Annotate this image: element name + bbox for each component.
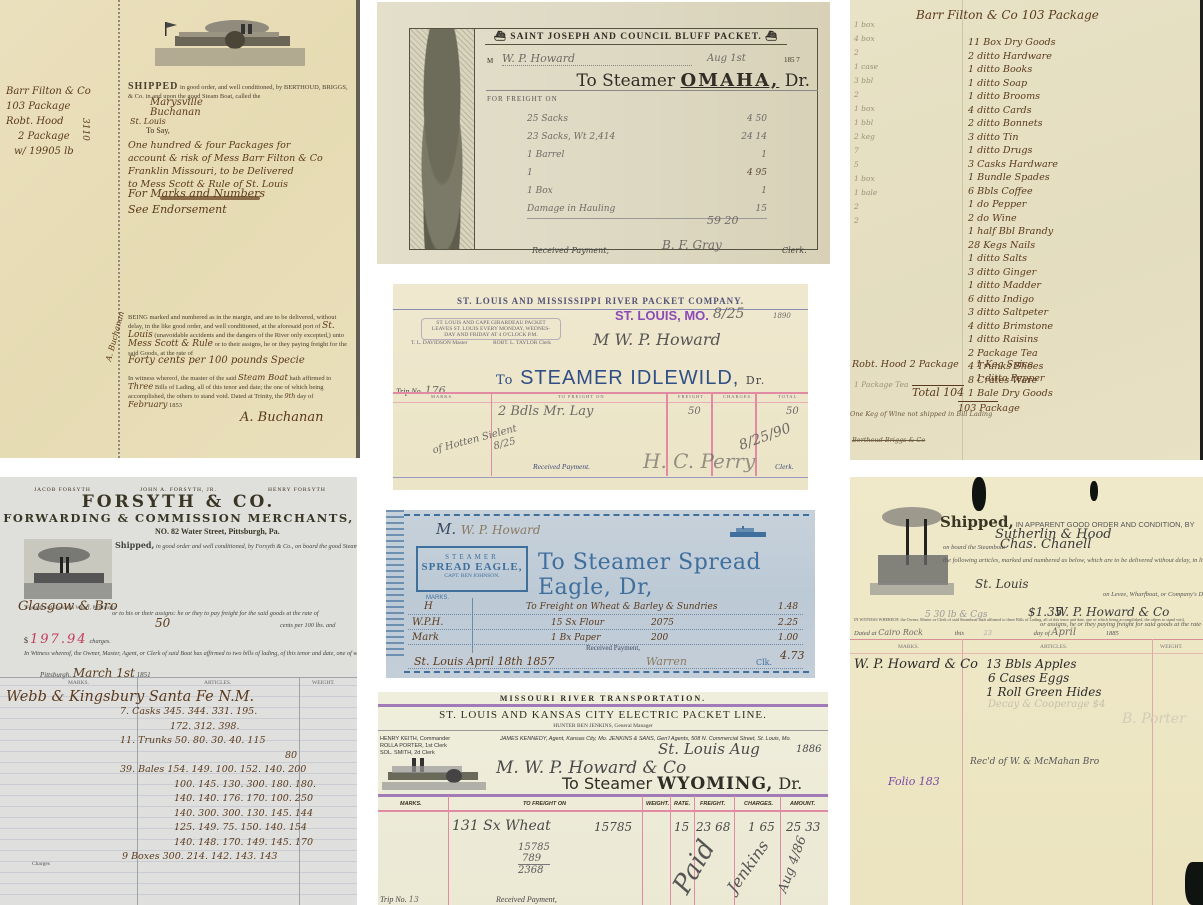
list-item: 3 ditto Ginger [968,266,1058,280]
ledger-entries: 7. Casks 345. 344. 331. 195. 172. 312. 3… [120,705,316,865]
column-rule [670,796,671,905]
freight-rate: 15 [674,820,689,834]
second-consignee: Robt. Hood 2 Package [852,358,959,372]
column-header: FREIGHT. [700,801,725,807]
charges-label: Charges [32,861,50,867]
list-item: 4 ditto Cards [968,104,1058,118]
list-item: 1 ditto Books [968,63,1058,77]
column-header: CHARGES. [723,394,753,399]
rule [378,730,828,731]
port: St. Louis [975,577,1029,591]
freight-line: 25 Sacks4 50 [527,110,767,128]
margin-tally: 1 box4 box21 case 3 bbl21 box1 bbl 2 keg… [854,18,909,392]
column-rule [642,796,643,905]
scan-edge [356,0,360,458]
ledger-line: 172. 312. 398. [120,720,316,735]
freight-rate: 50 [155,616,170,630]
list-item: 6 ditto Indigo [968,293,1058,307]
mark: H [424,601,433,612]
rule [378,704,828,707]
column-header: MARKS. [68,680,89,686]
column-header: AMOUNT. [790,801,815,807]
freight-amount: 2.25 [778,618,798,628]
perforation-divider [118,0,121,458]
officer-master: T. L. DAVIDSON Master [411,340,467,346]
consignee: Glasgow & Bro [18,599,118,614]
freight-rate: Forty cents per 100 pounds Specie [128,355,305,366]
line-name: ST. LOUIS AND KANSAS CITY ELECTRIC PACKE… [378,709,828,721]
steamer-heading: To Steamer WYOMING, Dr. [562,774,802,794]
column-header: WEIGHT. [646,801,669,807]
column-header: FREIGHT. [678,394,706,399]
column-rule [1152,639,1153,905]
packing-list-barr-filton: Barr Filton & Co 103 Package 1 box4 box2… [850,0,1203,460]
charges-amount: 1 65 [748,820,775,834]
list-item: 28 Kegs Nails [968,239,1058,253]
small-steamboat-icon: ⛴ [494,32,507,42]
list-item: 2 ditto Hardware [968,50,1058,64]
list-item: 2 ditto Bonnets [968,117,1058,131]
list-item: 1 ditto Raisins [968,333,1058,347]
ledger-line: 125. 149. 75. 150. 140. 154 [120,821,316,836]
column-header: MARKS. [431,394,454,399]
freight-weight: 200 [651,633,668,643]
ledger-line: 9 Boxes 300. 214. 142. 143. 143 [120,850,316,865]
customer-name: M. W. P. Howard [436,520,541,538]
steamboat-engraving-icon [382,754,486,792]
freight-desc: 15 Sx Flour [551,618,604,628]
column-header: ARTICLES. [204,680,231,686]
small-steamboat-icon [728,525,768,537]
table-rule [850,653,1203,654]
company-name: ST. LOUIS AND MISSISSIPPI RIVER PACKET C… [393,296,808,310]
article-item: 1 Roll Green Hides [986,685,1102,699]
shipped-clause: Shipped, in good order and well conditio… [115,539,353,554]
ledger-line: 39. Bales 154. 149. 100. 152. 140. 200 [120,763,316,778]
place-date: St. Louis Aug [658,740,760,758]
column-header: TOTAL. [778,394,799,399]
boat-name: Chas. Chanell [1000,537,1091,552]
received-payment-label: Received Payment, [496,895,557,904]
total-amount: 25 33 [786,820,820,834]
bill-of-lading-forsyth: JACOB FORSYTH JOHN A. FORSYTH, JR. HENRY… [0,477,357,905]
paid-stamp: Paid [667,835,721,899]
ornamental-border-icon [386,510,404,660]
master-signature: A. Buchanan [240,410,323,425]
clerk-signature: B. F. Gray [662,238,722,252]
following-clause: the following articles, marked and numbe… [943,556,1181,566]
customer-name: M W. P. Howard [593,330,721,349]
assigns-clause: or to his or their assigns: he or they t… [112,610,352,617]
bill-year: 1886 [796,744,821,755]
date-line: Dated at Cairo Rock this 23 day of April… [854,627,1184,638]
ledger-line: 140. 140. 176. 170. 100. 250 [120,792,316,807]
divider [486,90,818,91]
border-line [404,514,809,518]
clerk-label: Clerk. [775,462,794,471]
receipt-note: Rec'd of W. & McMahan Bro [970,757,1099,767]
border-line [404,669,809,673]
column-header: MARKS. [898,644,919,650]
being-clause: BEING marked and numbered as in the marg… [128,313,353,358]
rule [378,794,828,797]
column-header: TO FREIGHT ON [558,394,605,399]
to-say-label: To Say, [146,126,170,135]
grand-total: Total 104 [912,385,964,399]
freight-item: 2 Bdls Mr. Lay [498,404,593,419]
received-payment-label: Received Payment, [586,644,640,652]
total-amount: 4.73 [780,649,805,662]
freight-line: 14 95 [527,164,767,182]
officer-clerk: ROBT. L. TAYLOR Clerk [493,340,551,346]
freight-line: 1 Box1 [527,182,767,200]
bill-year: 185 7 [784,56,800,64]
faded-note: Decay & Cooperage $4 [988,699,1105,710]
freight-amount: 1.48 [778,602,798,612]
column-header: WEIGHT. [312,680,335,686]
list-item: 1 ditto Salts [968,252,1058,266]
ornamental-border-icon [410,29,475,249]
mark: Mark [412,632,439,643]
ledger-line: 140. 300. 300. 130. 145. 144 [120,807,316,822]
business-line: FORWARDING & COMMISSION MERCHANTS, [0,511,357,525]
list-item: 3 ditto Tin [968,131,1058,145]
list-heading: Barr Filton & Co 103 Package [916,8,1099,22]
bill-of-lading-howard: Shipped, IN APPARENT GOOD ORDER AND COND… [850,477,1203,905]
bill-date: Aug 1st [707,53,746,64]
firm-name: FORSYTH & CO. [0,492,357,512]
freight-desc: 1 Bx Paper [551,633,601,643]
list-item: 1 Bale Dry Goods [968,387,1058,401]
on-board-label: on board the Steamboat [943,544,1005,551]
goods-description: One hundred & four Packages for account … [128,139,323,191]
folio-number: Folio 183 [888,775,940,788]
article-item: 13 Bbls Apples [986,657,1102,671]
column-header: TO FREIGHT ON [523,801,566,807]
received-payment-label: Received Payment, [532,246,609,255]
ledger-line: 100. 145. 130. 300. 180. 180. [120,778,316,793]
bill-year: 1890 [773,312,791,320]
margin-number: 3110 [80,118,90,141]
calculation: 15785 789 2368 [518,842,550,876]
destination: St. Louis [130,117,166,126]
freight-label: FOR FREIGHT ON [487,95,558,103]
steamer-heading: To Steamer OMAHA, Dr. [576,70,810,91]
m-prefix: M [487,57,493,65]
row-rule [408,614,803,615]
mark: W.P.H. [412,617,444,628]
freight-line: 23 Sacks, Wt 2,41424 14 [527,128,767,146]
place-date: St. Louis April 18th 1857 [414,655,554,668]
table-rule [393,477,808,479]
bill-date: 8/25 [713,306,744,322]
ink-blot [1185,862,1203,905]
column-rule [448,796,449,905]
charges-line: $ 197.94 charges. [24,632,111,647]
clerk-label: Clerk. [782,246,807,255]
list-item: 1 half Bbl Brandy [968,225,1058,239]
table-rule [0,677,357,678]
ledger-line: 11. Trunks 50. 80. 30. 40. 115 [120,734,316,749]
table-rule [850,639,1203,640]
footer-signature: Berthoud Briggs & Co [852,436,925,444]
freight-bill-spread-eagle: M. W. P. Howard STEAMER SPREAD EAGLE, CA… [386,510,815,678]
list-item: 3 ditto Saltpeter [968,306,1058,320]
freight-item: 131 Sx Wheat [452,818,551,834]
clerk-signature: H. C. Perry [643,449,755,473]
steamboat-engraving-icon [155,18,305,66]
freight-lines: 25 Sacks4 50 23 Sacks, Wt 2,41424 14 1 B… [527,110,767,219]
article-item: 6 Cases Eggs [986,671,1102,685]
shipping-mark: W. P. Howard & Co [854,657,978,672]
list-item: 1 ditto Madder [968,279,1058,293]
second-items: 1 Keg Spice 1 ditto Pepper [968,358,1044,385]
article-list: 13 Bbls Apples 6 Cases Eggs 1 Roll Green… [986,657,1102,699]
freight-weight: 2075 [651,618,674,628]
steamer-heading: To Steamer Spread Eagle, Dr, [538,550,815,600]
witness-clause: In Witness whereof, the Owner, Master, A… [24,649,344,658]
freight-amount: 50 [688,406,701,417]
rate-unit: cents per 100 lbs. and [280,622,335,629]
witness-clause: In witness whereof, the master of the sa… [128,374,353,410]
steamboat-engraving-icon [24,539,112,607]
list-item: 4 ditto Brimstone [968,320,1058,334]
ink-blot [1090,481,1098,501]
city-stamp: ST. LOUIS, MO. [615,308,709,323]
freight-bill-idlewild: ST. LOUIS AND MISSISSIPPI RIVER PACKET C… [393,284,808,490]
small-steamboat-icon: ⛴ [765,32,778,42]
packet-title: ⛴ SAINT JOSEPH AND COUNCIL BLUFF PACKET.… [485,31,787,45]
received-payment-label: Received Payment. [533,462,590,471]
rule [378,810,828,812]
ledger-line: 7. Casks 345. 344. 331. 195. [120,705,316,720]
freight-bill-omaha: ⛴ SAINT JOSEPH AND COUNCIL BLUFF PACKET.… [377,2,830,264]
column-header: ARTICLES. [1040,644,1067,650]
column-header: RATE. [674,801,690,807]
ledger-line: 140. 148. 170. 149. 145. 170 [120,836,316,851]
ink-blot [972,477,986,511]
list-item: 1 ditto Drugs [968,144,1058,158]
freight-total: 59 20 [707,214,739,227]
table-rule [393,402,808,403]
manager: HUNTER BEN JENKINS, General Manager [378,723,828,729]
freight-desc: To Freight on Wheat & Barley & Sundries [526,602,717,612]
clerk-signature: Warren [646,655,687,668]
ledger-line: 80 [120,749,316,764]
witness-clause: IN WITNESS WHEREOF, the Owner, Master or… [854,617,1184,622]
freight-amount: 23 68 [696,820,730,834]
levee-clause: on Levee, Wharfboat, or Company's Depot,… [943,590,1183,600]
annotation: of Hotten Sielent 8/25 [431,423,521,469]
address: NO. 82 Water Street, Pittsburgh, Pa. [155,527,280,536]
route-notice: ST. LOUIS AND CAPE GIRARDEAU PACKET LEAV… [421,318,561,340]
clerk-label: Clk. [756,658,772,667]
trip-number: Trip No. 13 [380,895,419,904]
row-rule [408,629,803,630]
list-item: 1 Bundle Spades [968,171,1058,185]
list-item: 6 Bbls Coffee [968,185,1058,199]
freight-line: 1 Barrel1 [527,146,767,164]
customer-name: W. P. Howard [502,52,692,66]
paid-signature: Jenkins [723,837,773,897]
list-item: 2 do Wine [968,212,1058,226]
faded-signature: B. Porter [1122,711,1186,727]
total-amount: 50 [786,406,799,417]
column-header: MARKS. [400,801,422,807]
column-header: WEIGHT. [1160,644,1183,650]
steamer-heading: To STEAMER IDLEWILD, Dr. [496,367,765,390]
list-item: 3 Casks Hardware [968,158,1058,172]
row-rule [408,668,803,669]
list-item: 11 Box Dry Goods [968,36,1058,50]
footer-note: One Keg of Wine not shipped in Bill Ladi… [850,410,992,418]
freight-weight: 15785 [594,820,632,834]
steamer-nameplate: STEAMER SPREAD EAGLE, CAPT. BEN JOHNSON. [416,546,528,592]
endorsement: A. Buchanan [104,310,126,362]
bill-of-lading-berthoud-briggs: Barr Filton & Co 103 Package Robt. Hood … [0,0,360,458]
column-rule [962,639,963,905]
freight-amount: 1.00 [778,633,798,643]
column-header: CHARGES. [744,801,773,807]
margin-note: Barr Filton & Co 103 Package Robt. Hood … [6,84,91,159]
freight-bill-wyoming: MISSOURI RIVER TRANSPORTATION. ST. LOUIS… [378,692,828,905]
marks-note: For Marks and Numbers See Endorsement [128,186,265,218]
list-item: 1 do Pepper [968,198,1058,212]
top-line: MISSOURI RIVER TRANSPORTATION. [378,694,828,703]
list-item: 1 ditto Brooms [968,90,1058,104]
list-item: 1 ditto Soap [968,77,1058,91]
shipping-mark: Webb & Kingsbury Santa Fe N.M. [6,689,254,705]
